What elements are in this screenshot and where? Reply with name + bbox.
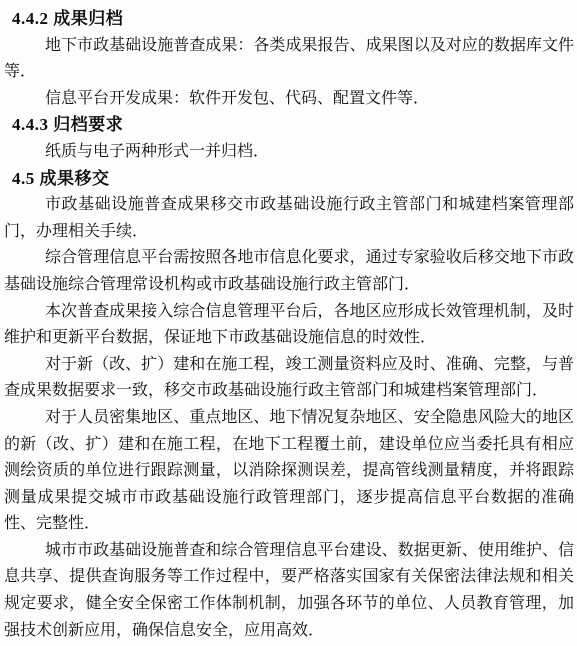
paragraph-platform-handover: 综合管理信息平台需按照各地市信息化要求，通过专家验收后移交地下市政基础设施综合管…: [4, 245, 574, 298]
section-heading-results-handover: 4.5 成果移交: [4, 166, 574, 193]
paragraph-platform-dev-results: 信息平台开发成果：软件开发包、代码、配置文件等．: [4, 86, 574, 113]
section-heading-archiving-requirements: 4.4.3 归档要求: [4, 112, 574, 139]
paragraph-archive-forms: 纸质与电子两种形式一并归档．: [4, 139, 574, 166]
paragraph-handover-procedure: 市政基础设施普查成果移交市政基础设施行政主管部门和城建档案管理部门，办理相关手续…: [4, 192, 574, 245]
document-page: 4.4.2 成果归档 地下市政基础设施普查成果：各类成果报告、成果图以及对应的数…: [0, 0, 577, 646]
paragraph-security-confidentiality: 城市市政基础设施普查和综合管理信息平台建设、数据更新、使用维护、信息共享、提供查…: [4, 538, 574, 644]
paragraph-long-term-management: 本次普查成果接入综合信息管理平台后，各地区应形成长效管理机制，及时维护和更新平台…: [4, 299, 574, 352]
paragraph-census-results: 地下市政基础设施普查成果：各类成果报告、成果图以及对应的数据库文件等．: [4, 33, 574, 86]
section-heading-results-archiving: 4.4.2 成果归档: [4, 6, 574, 33]
paragraph-new-construction-survey-data: 对于新（改、扩）建和在施工程，竣工测量资料应及时、准确、完整，与普查成果数据要求…: [4, 352, 574, 405]
paragraph-key-areas-tracking-survey: 对于人员密集地区、重点地区、地下情况复杂地区、安全隐患风险大的地区的新（改、扩）…: [4, 405, 574, 538]
